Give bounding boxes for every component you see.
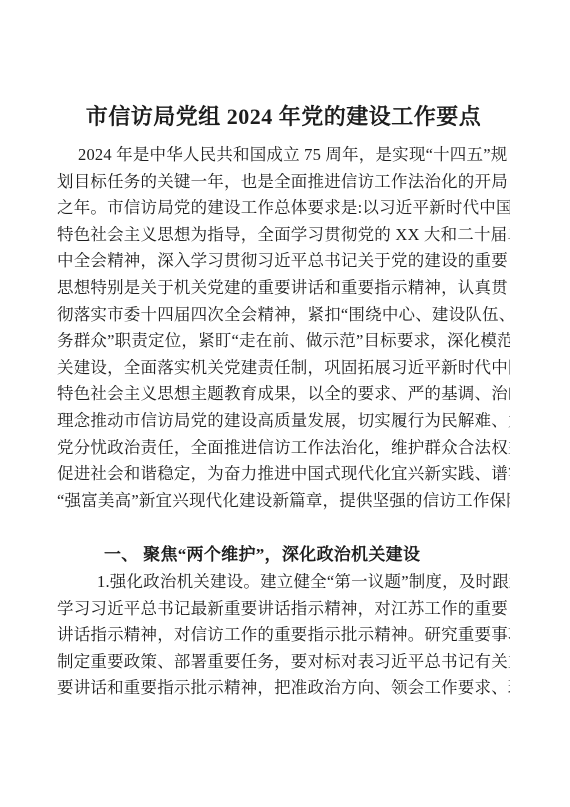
paragraph-line: 理念推动市信访局党的建设高质量发展，切实履行为民解难、为 [57,408,510,435]
paragraph-line: 促进社会和谐稳定，为奋力推进中国式现代化宜兴新实践、谱写 [57,461,510,488]
document-content: 市信访局党组 2024 年党的建设工作要点 2024 年是中华人民共和国成立 7… [57,103,510,702]
paragraph-line: 2024 年是中华人民共和国成立 75 周年，是实现“十四五”规 [57,142,510,169]
document-title: 市信访局党组 2024 年党的建设工作要点 [57,103,510,131]
paragraph-line: 特色社会主义思想为指导，全面学习贯彻党的 XX 大和二十届二 [57,222,510,249]
paragraph-line: 学习习近平总书记最新重要讲话指示精神，对江苏工作的重要 [57,596,510,623]
paragraph-line: 1.强化政治机关建设。建立健全“第一议题”制度，及时跟进 [57,569,510,596]
paragraph-line: 党分忧政治责任，全面推进信访工作法治化，维护群众合法权益、 [57,435,510,462]
paragraph-line: 务群众”职责定位，紧盯“走在前、做示范”目标要求，深化模范机 [57,328,510,355]
paragraph-line: 特色社会主义思想主题教育成果，以全的要求、严的基调、治的 [57,381,510,408]
paragraph-line: 划目标任务的关键一年，也是全面推进信访工作法治化的开局 [57,169,510,196]
paragraph-line: “强富美高”新宜兴现代化建设新篇章，提供坚强的信访工作保障。 [57,488,510,515]
paragraph-line: 要讲话和重要指示批示精神，把准政治方向、领会工作要求、理 [57,675,510,702]
paragraph-line: 中全会精神，深入学习贯彻习近平总书记关于党的建设的重要 [57,248,510,275]
paragraph-line: 思想特别是关于机关党建的重要讲话和重要指示精神，认真贯 [57,275,510,302]
paragraph-line: 讲话指示精神，对信访工作的重要指示批示精神。研究重要事项、 [57,622,510,649]
opening-paragraph: 2024 年是中华人民共和国成立 75 周年，是实现“十四五”规 划目标任务的关… [57,142,510,514]
section-heading: 一、 聚焦“两个维护”，深化政治机关建设 [57,542,510,569]
paragraph-line: 之年。市信访局党的建设工作总体要求是:以习近平新时代中国 [57,195,510,222]
paragraph-line: 关建设，全面落实机关党建责任制，巩固拓展习近平新时代中国 [57,355,510,382]
section-paragraph: 1.强化政治机关建设。建立健全“第一议题”制度，及时跟进 学习习近平总书记最新重… [57,569,510,702]
paragraph-line: 彻落实市委十四届四次全会精神，紧扣“围绕中心、建设队伍、服 [57,302,510,329]
paragraph-line: 制定重要政策、部署重要任务，要对标对表习近平总书记有关重 [57,649,510,676]
document-page: 市信访局党组 2024 年党的建设工作要点 2024 年是中华人民共和国成立 7… [0,0,570,807]
